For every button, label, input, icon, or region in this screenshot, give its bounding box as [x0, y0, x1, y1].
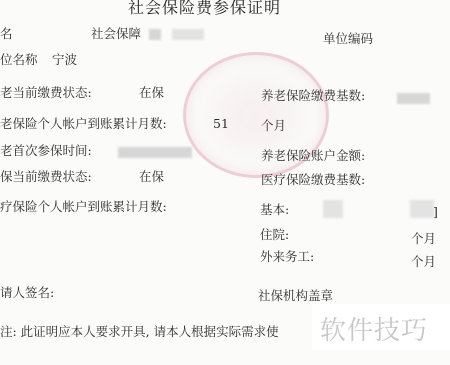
redacted-value — [397, 93, 430, 104]
redacted-value — [118, 147, 192, 158]
pension-months-label: 老保险个人帐户到账累计月数: — [0, 117, 167, 131]
pension-months-value: 51 — [213, 117, 229, 131]
basic-label: 基本: — [260, 203, 289, 217]
hospital-label: 住院: — [260, 228, 289, 242]
migrant-label: 外来务工: — [260, 250, 314, 264]
unit-name-label: 位名称 — [0, 53, 38, 67]
basic-unit: ] — [433, 205, 438, 219]
pension-status-value: 在保 — [139, 86, 164, 100]
redacted-value — [323, 200, 343, 218]
migrant-unit: 个月 — [411, 255, 436, 269]
hospital-unit: 个月 — [411, 232, 436, 246]
document-title: 社会保险费参保证明 — [128, 1, 281, 15]
unit-name-value: 宁波 — [52, 53, 77, 67]
medical-months-label: 疗保险个人帐户到账累计月数: — [0, 200, 167, 214]
medical-status-label: 保当前缴费状态: — [0, 170, 92, 184]
watermark-text: 软件技巧 — [320, 310, 428, 347]
agency-seal-label: 社保机构盖章 — [258, 289, 333, 303]
pension-base-label: 养老保险缴费基数: — [261, 89, 365, 103]
name-label: 名 — [0, 27, 13, 41]
pension-account-label: 养老保险账户金额: — [261, 149, 365, 163]
pension-first-date-label: 老首次参保时间: — [0, 144, 92, 158]
social-security-label: 社会保障 — [91, 27, 141, 41]
redacted-value — [172, 29, 204, 40]
medical-base-label: 医疗保险缴费基数: — [261, 173, 365, 187]
pension-months-unit: 个月 — [261, 119, 286, 133]
unit-code-label: 单位编码 — [323, 32, 373, 46]
redacted-value — [410, 200, 434, 218]
insurance-certificate: 社会保险费参保证明 名 社会保障 单位编码 位名称 宁波 老当前缴费状态: 在保… — [0, 0, 450, 365]
applicant-signature-label: 请人签名: — [0, 286, 54, 300]
footnote: 注: 此证明应本人要求开具, 请本人根据实际需求使 — [0, 325, 279, 339]
pension-status-label: 老当前缴费状态: — [0, 86, 92, 100]
redacted-value — [149, 29, 161, 40]
medical-status-value: 在保 — [139, 170, 164, 184]
